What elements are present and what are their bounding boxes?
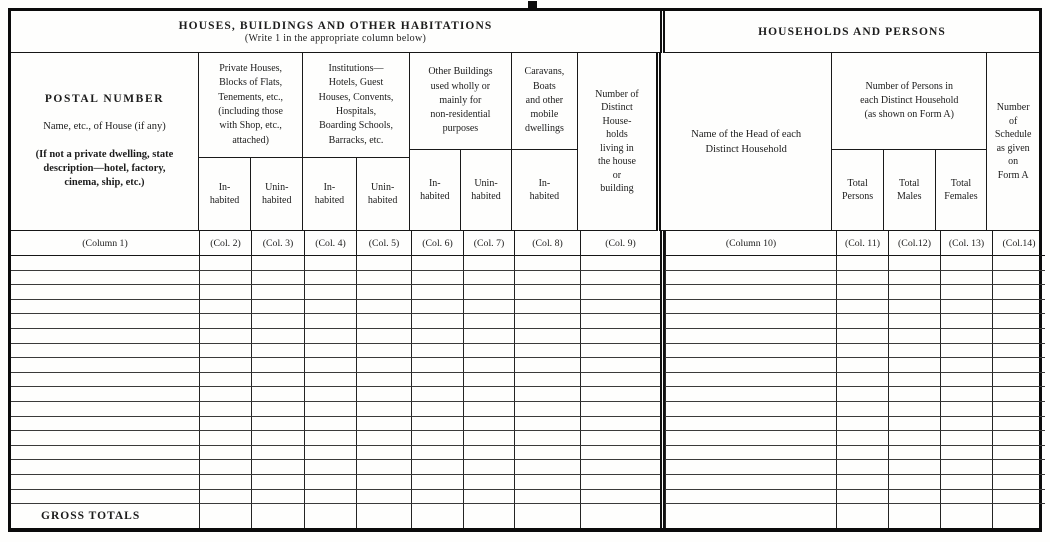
header-text-line: Number of [595,88,639,102]
empty-cell [304,344,356,359]
empty-cell [665,300,836,315]
empty-cell [580,256,660,271]
empty-cell [992,460,1045,475]
header-text-line: of [1009,115,1017,129]
header-text-line: mainly for [439,94,481,108]
empty-cell [304,358,356,373]
empty-cell [411,490,463,505]
empty-cell [463,300,514,315]
col8-label: (Col. 8) [514,231,580,256]
col13-total-females-header: Total Females [935,150,987,230]
header-text-line: Boarding Schools, [319,119,393,133]
empty-cell [940,475,992,490]
inhabited-label-line2: habited [210,194,239,207]
empty-cell [580,475,660,490]
gross-totals-row: GROSS TOTALS [11,504,1039,528]
empty-cell [836,373,888,388]
table-row [11,446,1039,461]
empty-cell [665,387,836,402]
empty-cell [665,490,836,505]
inhabited-label-line1: In- [429,177,441,190]
empty-cell [580,417,660,432]
header-text-line: dwellings [525,122,564,136]
empty-cell [356,373,411,388]
header-text-line: and other [526,94,564,108]
header-text-line: as given [997,142,1030,156]
empty-cell [199,460,251,475]
column-headers-row: POSTAL NUMBER Name, etc., of House (if a… [11,53,1039,231]
empty-cell [836,285,888,300]
empty-cell [356,446,411,461]
total-females-line2: Females [944,190,977,203]
empty-cell [836,256,888,271]
empty-cell [304,271,356,286]
empty-cell [304,329,356,344]
section-houses-header: HOUSES, BUILDINGS AND OTHER HABITATIONS … [11,11,660,53]
empty-cell [888,504,940,528]
empty-cell [199,300,251,315]
empty-cell [251,271,304,286]
uninhabited-label-line1: Unin- [371,181,394,194]
empty-cell [411,344,463,359]
header-text-line: attached) [232,134,269,148]
empty-cell [356,402,411,417]
empty-cell [992,256,1045,271]
empty-cell [356,285,411,300]
empty-cell [251,256,304,271]
empty-cell [356,431,411,446]
empty-cell [992,271,1045,286]
header-text-line: Number [997,101,1030,115]
header-text-line: Private Houses, [219,62,282,76]
col3-label: (Col. 3) [251,231,304,256]
empty-cell [888,387,940,402]
empty-cell [888,271,940,286]
empty-cell [580,431,660,446]
empty-cell [304,300,356,315]
uninhabited-label-line2: habited [262,194,291,207]
empty-cell [356,344,411,359]
empty-cell [251,446,304,461]
empty-cell [940,446,992,461]
empty-cell [888,373,940,388]
header-text-line: description—hotel, factory, [36,162,174,176]
empty-cell [356,504,411,528]
empty-cell [580,504,660,528]
houses-section-title: HOUSES, BUILDINGS AND OTHER HABITATIONS [179,20,493,32]
empty-cell [992,373,1045,388]
institutions-group: Institutions—Hotels, GuestHouses, Conven… [302,53,408,231]
empty-cell [463,417,514,432]
empty-cell [992,446,1045,461]
blank-rows [11,256,1039,504]
col7-uninhabited-header: Unin- habited [460,150,511,230]
empty-cell [580,460,660,475]
empty-cell [580,402,660,417]
empty-cell [199,417,251,432]
header-text-line: Form A [998,169,1029,183]
empty-cell [304,460,356,475]
empty-cell [356,387,411,402]
empty-cell [11,431,199,446]
empty-cell [992,431,1045,446]
empty-cell [251,329,304,344]
empty-cell [580,285,660,300]
empty-cell [11,285,199,300]
distinct-households-header: Number ofDistinctHouse-holdsliving inthe… [577,53,657,231]
empty-cell [580,490,660,505]
empty-cell [514,475,580,490]
empty-cell [940,256,992,271]
uninhabited-label-line1: Unin- [265,181,288,194]
other-buildings-group: Other Buildingsused wholly ormainly forn… [409,53,511,231]
empty-cell [411,271,463,286]
empty-cell [411,373,463,388]
empty-cell [888,417,940,432]
empty-cell [463,314,514,329]
empty-cell [940,504,992,528]
col11-label: (Col. 11) [836,231,888,256]
empty-cell [992,300,1045,315]
empty-cell [665,504,836,528]
empty-cell [992,417,1045,432]
empty-cell [11,446,199,461]
section-header-row: HOUSES, BUILDINGS AND OTHER HABITATIONS … [11,11,1039,53]
empty-cell [836,504,888,528]
table-row [11,271,1039,286]
empty-cell [888,358,940,373]
empty-cell [463,431,514,446]
empty-cell [514,344,580,359]
empty-cell [251,358,304,373]
inhabited-label-line2: habited [315,194,344,207]
table-row [11,285,1039,300]
empty-cell [411,460,463,475]
empty-cell [836,402,888,417]
empty-cell [992,344,1045,359]
empty-cell [514,504,580,528]
empty-cell [11,300,199,315]
empty-cell [251,431,304,446]
empty-cell [665,402,836,417]
empty-cell [251,300,304,315]
header-text-line: used wholly or [431,80,490,94]
empty-cell [251,387,304,402]
empty-cell [514,490,580,505]
schedule-number-header: NumberofScheduleas givenonForm A [986,53,1039,231]
empty-cell [665,329,836,344]
empty-cell [992,358,1045,373]
empty-cell [940,402,992,417]
empty-cell [514,285,580,300]
empty-cell [304,431,356,446]
empty-cell [356,329,411,344]
table-row [11,256,1039,271]
empty-cell [251,344,304,359]
empty-cell [888,431,940,446]
header-text-line: or [613,169,621,183]
col8-inhabited-header: In- habited [512,150,577,230]
empty-cell [463,475,514,490]
empty-cell [940,314,992,329]
empty-cell [463,460,514,475]
col3-uninhabited-header: Unin- habited [250,158,302,230]
empty-cell [992,387,1045,402]
empty-cell [580,344,660,359]
empty-cell [11,329,199,344]
empty-cell [11,256,199,271]
empty-cell [356,358,411,373]
header-text-line: non-residential [430,108,490,122]
inhabited-label-line2: habited [420,190,449,203]
empty-cell [199,314,251,329]
table-row [11,460,1039,475]
empty-cell [199,271,251,286]
empty-cell [514,300,580,315]
empty-cell [992,329,1045,344]
persons-count-group: Number of Persons ineach Distinct Househ… [831,53,986,231]
empty-cell [992,490,1045,505]
inhabited-label-line1: In- [219,181,231,194]
empty-cell [665,358,836,373]
empty-cell [836,460,888,475]
empty-cell [836,300,888,315]
empty-cell [411,300,463,315]
empty-cell [665,460,836,475]
total-persons-line2: Persons [842,190,873,203]
empty-cell [356,490,411,505]
empty-cell [514,271,580,286]
empty-cell [304,504,356,528]
empty-cell [940,460,992,475]
header-text-line: Tenements, etc., [218,91,283,105]
empty-cell [199,256,251,271]
empty-cell [992,475,1045,490]
empty-cell [463,504,514,528]
private-houses-group: Private Houses,Blocks of Flats,Tenements… [198,53,302,231]
empty-cell [11,271,199,286]
col6-label: (Col. 6) [411,231,463,256]
other-buildings-subheaders: In- habited Unin- habited [410,150,511,230]
header-text-line: Hotels, Guest [329,76,383,90]
col13-label: (Col. 13) [940,231,992,256]
header-text-line: Hospitals, [336,105,376,119]
table-row [11,387,1039,402]
empty-cell [199,285,251,300]
header-text-line: purposes [443,122,479,136]
empty-cell [463,329,514,344]
empty-cell [992,402,1045,417]
empty-cell [888,256,940,271]
houses-section-subtitle: (Write 1 in the appropriate column below… [245,33,426,44]
header-text-line: holds [606,128,628,142]
col9-label: (Col. 9) [580,231,660,256]
empty-cell [665,446,836,461]
empty-cell [463,402,514,417]
empty-cell [199,358,251,373]
header-text-line: mobile [531,108,559,122]
empty-cell [836,271,888,286]
empty-cell [514,358,580,373]
header-text-line: with Shop, etc., [219,119,282,133]
empty-cell [251,417,304,432]
empty-cell [199,431,251,446]
empty-cell [888,344,940,359]
empty-cell [251,475,304,490]
empty-cell [888,402,940,417]
col2-label: (Col. 2) [199,231,251,256]
col4-inhabited-header: In- habited [303,158,355,230]
empty-cell [304,387,356,402]
institutions-subheaders: In- habited Unin- habited [303,158,408,230]
empty-cell [11,402,199,417]
empty-cell [580,446,660,461]
col12-total-males-header: Total Males [883,150,935,230]
col11-total-persons-header: Total Persons [832,150,883,230]
inhabited-label-line1: In- [539,177,551,190]
form-table: HOUSES, BUILDINGS AND OTHER HABITATIONS … [8,8,1042,532]
empty-cell [940,387,992,402]
section-households-header: HOUSEHOLDS AND PERSONS [665,11,1039,53]
empty-cell [940,431,992,446]
header-text-line: the house [598,155,636,169]
header-text-line: Name of the Head of each [691,127,801,142]
empty-cell [992,504,1045,528]
head-of-household-header: Name of the Head of eachDistinct Househo… [661,53,831,231]
empty-cell [580,271,660,286]
empty-cell [836,329,888,344]
empty-cell [580,314,660,329]
census-form-scan: HOUSES, BUILDINGS AND OTHER HABITATIONS … [0,0,1050,542]
empty-cell [940,285,992,300]
total-females-line1: Total [951,177,971,190]
empty-cell [836,314,888,329]
empty-cell [11,417,199,432]
inhabited-label-line1: In- [324,181,336,194]
empty-cell [836,490,888,505]
empty-cell [888,446,940,461]
table-row [11,373,1039,388]
table-row [11,358,1039,373]
empty-cell [11,344,199,359]
empty-cell [199,504,251,528]
empty-cell [199,446,251,461]
header-text-line: Caravans, [525,65,565,79]
empty-cell [463,387,514,402]
empty-cell [304,490,356,505]
empty-cell [411,285,463,300]
empty-cell [836,358,888,373]
empty-cell [514,402,580,417]
empty-cell [411,475,463,490]
empty-cell [251,490,304,505]
empty-cell [940,373,992,388]
col1-label: (Column 1) [11,231,199,256]
empty-cell [411,387,463,402]
empty-cell [940,490,992,505]
empty-cell [463,490,514,505]
header-text-line: Houses, Convents, [319,91,394,105]
empty-cell [11,314,199,329]
table-row [11,490,1039,505]
empty-cell [199,344,251,359]
header-text-line: Schedule [995,128,1032,142]
header-text-line: cinema, ship, etc.) [36,176,174,190]
empty-cell [992,285,1045,300]
uninhabited-label-line2: habited [368,194,397,207]
table-row [11,314,1039,329]
postal-number-header: POSTAL NUMBER Name, etc., of House (if a… [11,53,198,231]
empty-cell [411,329,463,344]
table-row [11,402,1039,417]
empty-cell [11,358,199,373]
house-name-label: Name, etc., of House (if any) [43,121,165,132]
empty-cell [463,344,514,359]
uninhabited-label-line2: habited [471,190,500,203]
empty-cell [836,446,888,461]
empty-cell [356,271,411,286]
empty-cell [940,300,992,315]
empty-cell [514,314,580,329]
empty-cell [356,256,411,271]
empty-cell [304,285,356,300]
empty-cell [304,402,356,417]
total-males-line2: Males [897,190,921,203]
empty-cell [411,402,463,417]
empty-cell [304,256,356,271]
caravans-group-label: Caravans,Boatsand othermobiledwellings [512,53,577,150]
col6-inhabited-header: In- habited [410,150,460,230]
table-row [11,344,1039,359]
private-houses-subheaders: In- habited Unin- habited [199,158,302,230]
empty-cell [356,475,411,490]
header-text-line: (If not a private dwelling, state [36,148,174,162]
col12-label: (Col.12) [888,231,940,256]
empty-cell [251,402,304,417]
table-row [11,431,1039,446]
caravans-subheaders: In- habited [512,150,577,230]
empty-cell [580,373,660,388]
empty-cell [11,490,199,505]
empty-cell [411,358,463,373]
column-labels-row: (Column 1) (Col. 2) (Col. 3) (Col. 4) (C… [11,231,1039,256]
empty-cell [992,314,1045,329]
empty-cell [514,431,580,446]
header-text-line: Distinct [601,101,633,115]
inhabited-label-line2: habited [530,190,559,203]
empty-cell [356,314,411,329]
header-text-line: Blocks of Flats, [219,76,282,90]
empty-cell [411,431,463,446]
empty-cell [836,344,888,359]
table-row [11,475,1039,490]
empty-cell [251,314,304,329]
empty-cell [463,446,514,461]
header-text-line: on [1008,155,1018,169]
header-text-line: Number of Persons in [866,80,954,94]
empty-cell [199,387,251,402]
empty-cell [665,417,836,432]
empty-cell [836,387,888,402]
empty-cell [304,314,356,329]
households-section-title: HOUSEHOLDS AND PERSONS [758,26,946,38]
empty-cell [411,417,463,432]
empty-cell [304,417,356,432]
empty-cell [888,285,940,300]
institutions-group-label: Institutions—Hotels, GuestHouses, Conven… [303,53,408,158]
empty-cell [665,314,836,329]
gross-totals-label: GROSS TOTALS [41,510,140,522]
